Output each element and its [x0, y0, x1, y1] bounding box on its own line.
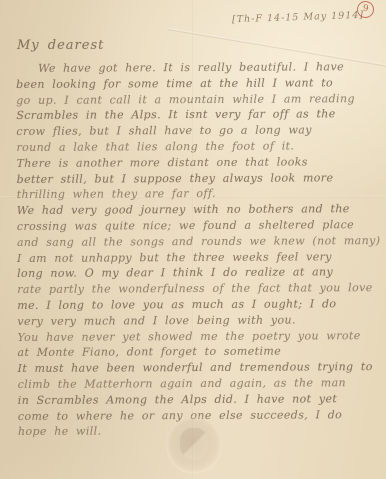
- letter-line: been looking for some time at the hill I…: [16, 75, 376, 93]
- letter-line: and sang all the songs and rounds we kne…: [17, 233, 377, 251]
- letter-line: We had very good journey with no bothers…: [17, 201, 377, 219]
- letter-body: We have got here. It is really beautiful…: [16, 59, 378, 440]
- letter-line: I am not unhappy but the three weeks fee…: [17, 249, 377, 267]
- letter-line: It must have been wonderful and tremendo…: [18, 359, 378, 377]
- letter-line: climb the Matterhorn again and again, as…: [18, 375, 378, 393]
- letter-line: You have never yet showed me the poetry …: [17, 328, 377, 346]
- letter-line: better still, but I suppose they always …: [17, 170, 377, 188]
- letter-line: There is another more distant one that l…: [17, 154, 377, 172]
- letter-line: me. I long to love you as much as I ough…: [17, 296, 377, 314]
- embossed-watermark: [166, 416, 222, 474]
- letter-line: Scrambles in the Alps. It isnt very far …: [16, 106, 376, 124]
- letter-line: crow flies, but I shall have to go a lon…: [16, 122, 376, 140]
- letter-line: at Monte Fiano, dont forget to sometime: [17, 343, 377, 361]
- letter-line: in Scrambles Among the Alps did. I have …: [18, 391, 378, 409]
- letter-line: crossing was quite nice; we found a shel…: [17, 217, 377, 235]
- letter-line: rate partly the wonderfulness of the fac…: [17, 280, 377, 298]
- letter-line: round a lake that lies along the foot of…: [16, 138, 376, 156]
- salutation: My dearest: [17, 38, 104, 53]
- letter-line: very very much and I love being with you…: [17, 312, 377, 330]
- letter-line: go up. I cant call it a mountain while I…: [16, 91, 376, 109]
- letter-line: long now. O my dear I think I do realize…: [17, 264, 377, 282]
- letter-line: thrilling when they are far off.: [17, 185, 377, 203]
- letter-page: [Th-F 14-15 May 1914] 9 My dearest We ha…: [0, 0, 386, 479]
- letter-line: We have got here. It is really beautiful…: [16, 59, 376, 77]
- archivist-date-annotation: [Th-F 14-15 May 1914]: [232, 10, 364, 26]
